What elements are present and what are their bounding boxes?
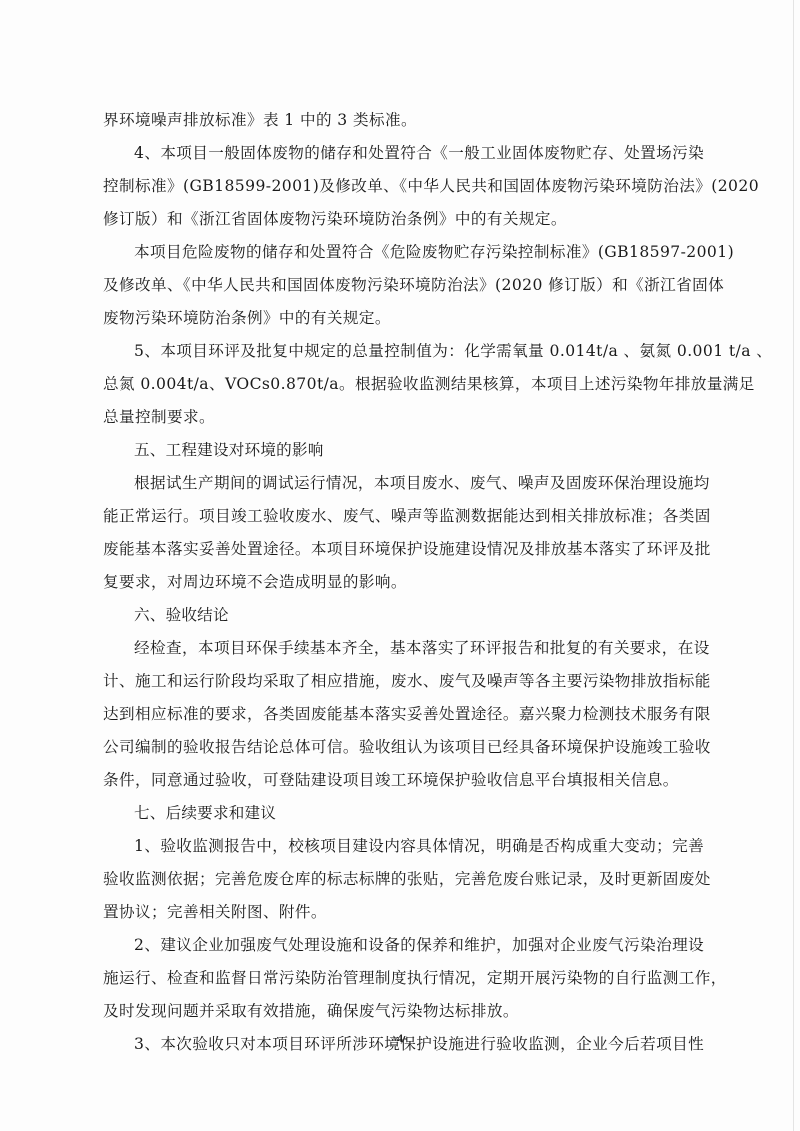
- text-line: 公司编制的验收报告结论总体可信。验收组认为该项目已经具备环境保护设施竣工验收: [103, 731, 715, 764]
- text-line: 验收监测依据；完善危废仓库的标志标牌的张贴，完善危废台账记录，及时更新固废处: [103, 863, 715, 896]
- section-heading: 七、后续要求和建议: [103, 797, 715, 830]
- text-line: 复要求，对周边环境不会造成明显的影响。: [103, 566, 715, 599]
- text-line: 条件，同意通过验收，可登陆建设项目竣工环境保护验收信息平台填报相关信息。: [103, 764, 715, 797]
- text-line: 5、本项目环评及批复中规定的总量控制值为：化学需氧量 0.014t/a 、氨氮 …: [103, 335, 715, 368]
- text-line: 本项目危险废物的储存和处置符合《危险废物贮存污染控制标准》(GB18597-20…: [103, 236, 715, 269]
- text-line: 能正常运行。项目竣工验收废水、废气、噪声等监测数据能达到相关排放标准；各类固: [103, 500, 715, 533]
- text-line: 总量控制要求。: [103, 401, 715, 434]
- text-line: 经检查，本项目环保手续基本齐全，基本落实了环评报告和批复的有关要求，在设: [103, 632, 715, 665]
- text-line: 4、本项目一般固体废物的储存和处置符合《一般工业固体废物贮存、处置场污染: [103, 137, 715, 170]
- text-line: 废物污染环境防治条例》中的有关规定。: [103, 302, 715, 335]
- text-line: 2、建议企业加强废气处理设施和设备的保养和维护，加强对企业废气污染治理设: [103, 929, 715, 962]
- text-line: 及时发现问题并采取有效措施，确保废气污染物达标排放。: [103, 995, 715, 1028]
- text-line: 及修改单、《中华人民共和国固体废物污染环境防治法》(2020 修订版）和《浙江省…: [103, 269, 715, 302]
- text-line: 达到相应标准的要求，各类固废能基本落实妥善处置途径。嘉兴聚力检测技术服务有限: [103, 698, 715, 731]
- section-heading: 五、工程建设对环境的影响: [103, 434, 715, 467]
- text-line: 界环境噪声排放标准》表 1 中的 3 类标准。: [103, 104, 715, 137]
- text-line: 置协议；完善相关附图、附件。: [103, 896, 715, 929]
- text-line: 施运行、检查和监督日常污染防治管理制度执行情况，定期开展污染物的自行监测工作，: [103, 962, 715, 995]
- text-line: 根据试生产期间的调试运行情况，本项目废水、废气、噪声及固废环保治理设施均: [103, 467, 715, 500]
- page-edge: [793, 0, 794, 1131]
- section-heading: 六、验收结论: [103, 599, 715, 632]
- text-line: 控制标准》(GB18599-2001)及修改单、《中华人民共和国固体废物污染环境…: [103, 170, 715, 203]
- text-line: 计、施工和运行阶段均采取了相应措施，废水、废气及噪声等各主要污染物排放指标能: [103, 665, 715, 698]
- document-body: 界环境噪声排放标准》表 1 中的 3 类标准。4、本项目一般固体废物的储存和处置…: [103, 104, 715, 1061]
- page-number: -4-: [0, 1031, 800, 1046]
- text-line: 修订版）和《浙江省固体废物污染环境防治条例》中的有关规定。: [103, 203, 715, 236]
- document-page: 界环境噪声排放标准》表 1 中的 3 类标准。4、本项目一般固体废物的储存和处置…: [0, 0, 800, 1131]
- text-line: 总氮 0.004t/a、VOCs0.870t/a。根据验收监测结果核算，本项目上…: [103, 368, 715, 401]
- text-line: 废能基本落实妥善处置途径。本项目环境保护设施建设情况及排放基本落实了环评及批: [103, 533, 715, 566]
- text-line: 1、验收监测报告中，校核项目建设内容具体情况，明确是否构成重大变动；完善: [103, 830, 715, 863]
